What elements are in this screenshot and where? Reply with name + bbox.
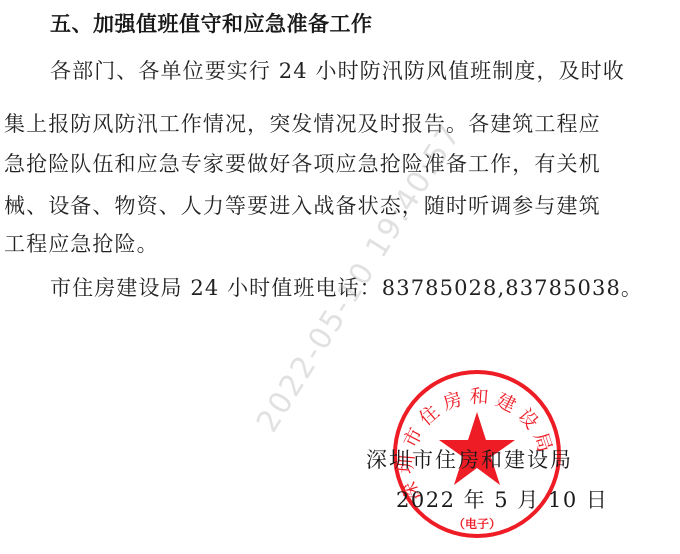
signature-date: 2022 年 5 月 10 日 bbox=[396, 484, 608, 514]
paragraph-line-5: 工程应急抢险。 bbox=[4, 228, 159, 258]
paragraph-line-3: 急抢险队伍和应急专家要做好各项应急抢险准备工作，有关机 bbox=[4, 148, 601, 178]
paragraph-line-1: 各部门、各单位要实行 24 小时防汛防风值班制度，及时收 bbox=[50, 55, 625, 85]
paragraph-line-2: 集上报防风防汛工作情况，突发情况及时报告。各建筑工程应 bbox=[4, 108, 601, 138]
section-title: 五、加强值班值守和应急准备工作 bbox=[50, 8, 373, 38]
seal-bottom-text: （电子） bbox=[453, 516, 501, 531]
paragraph-line-4: 械、设备、物资、人力等要进入战备状态，随时听调参与建筑 bbox=[4, 190, 601, 220]
signature-organization: 深圳市住房和建设局 bbox=[366, 444, 573, 474]
